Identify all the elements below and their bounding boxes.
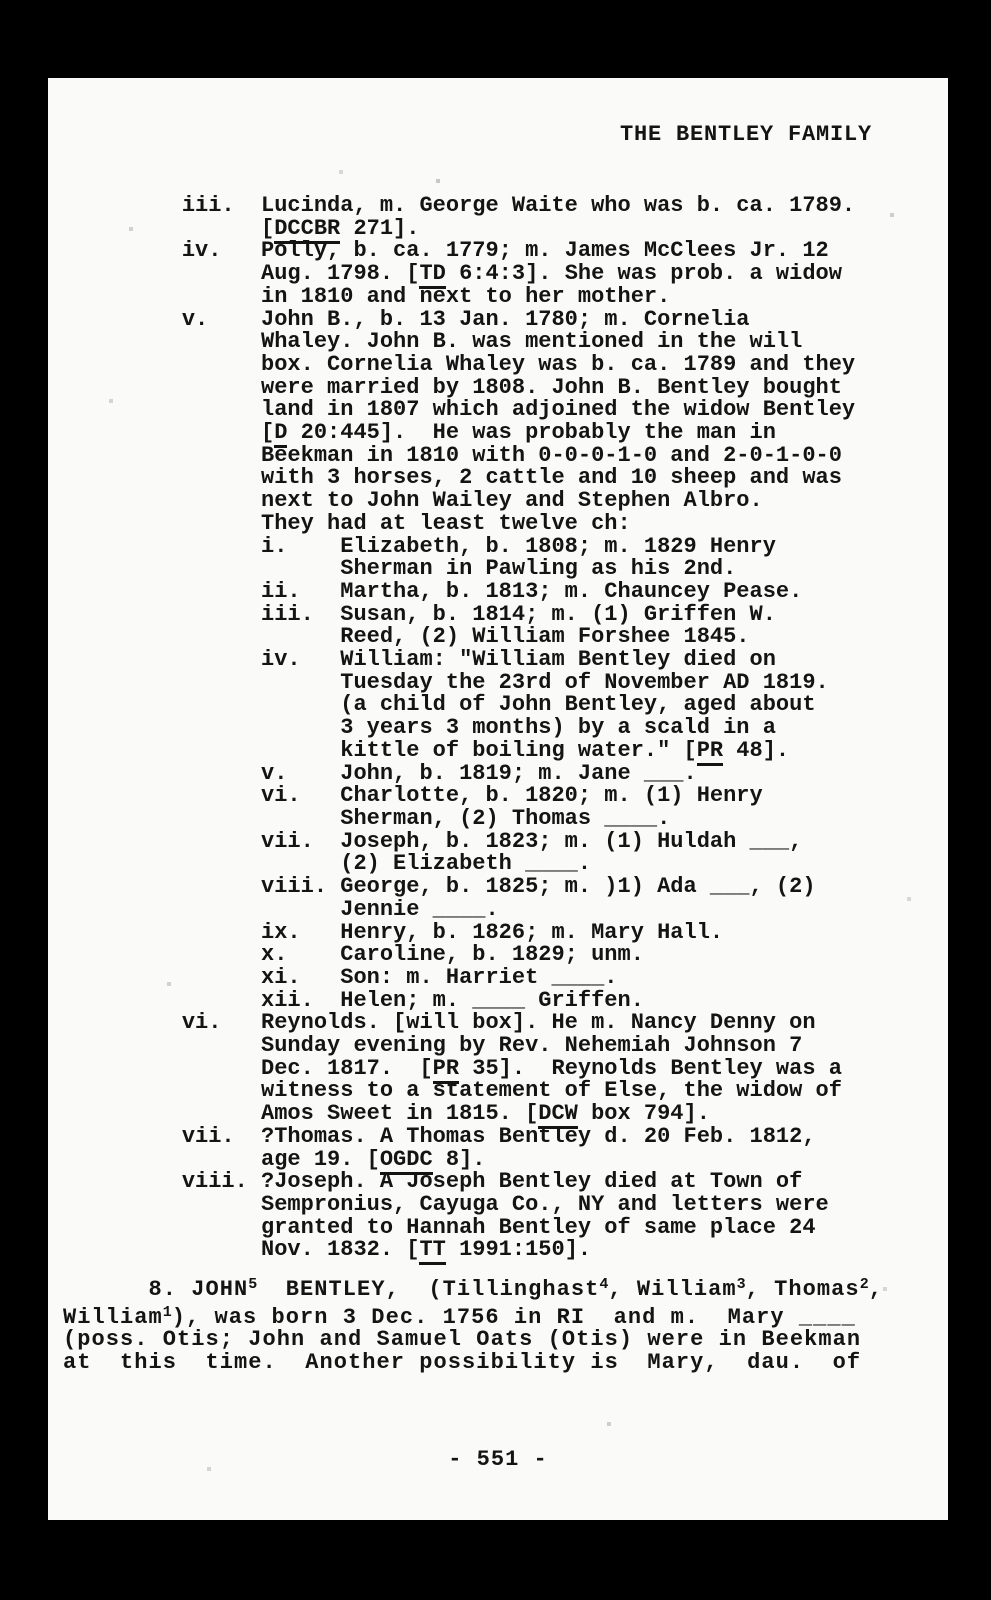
text-line: with 3 horses, 2 cattle and 10 sheep and… [63, 467, 855, 490]
text-segment: Beekman in 1810 with 0-0-0-1-0 and 2-0-1… [63, 443, 842, 468]
text-line: Sunday evening by Rev. Nehemiah Johnson … [63, 1035, 855, 1058]
text-segment: , William [608, 1277, 736, 1302]
text-segment: [ [63, 420, 274, 445]
text-segment: 6:4:3]. She was prob. a widow [446, 261, 842, 286]
text-segment: 271]. [340, 216, 419, 241]
text-line: 3 years 3 months) by a scald in a [63, 717, 855, 740]
generation-superscript: 5 [248, 1276, 257, 1293]
text-segment: ii. Martha, b. 1813; m. Chauncey Pease. [63, 579, 802, 604]
text-segment: viii. George, b. 1825; m. )1) Ada ___, (… [63, 874, 816, 899]
text-segment: granted to Hannah Bentley of same place … [63, 1215, 816, 1240]
page-header-title: THE BENTLEY FAMILY [620, 124, 872, 147]
text-line: (a child of John Bentley, aged about [63, 694, 855, 717]
text-segment: , [869, 1277, 883, 1302]
text-segment: witness to a statement of Else, the wido… [63, 1078, 842, 1103]
text-segment: xii. Helen; m. ____ Griffen. [63, 988, 644, 1013]
text-segment: kittle of boiling water." [ [63, 738, 697, 763]
text-line: Amos Sweet in 1815. [DCW box 794]. [63, 1103, 855, 1126]
text-line: were married by 1808. John B. Bentley bo… [63, 377, 855, 400]
text-line: next to John Wailey and Stephen Albro. [63, 490, 855, 513]
text-line: kittle of boiling water." [PR 48]. [63, 740, 855, 763]
generation-superscript: 1 [163, 1304, 172, 1321]
text-line: granted to Hannah Bentley of same place … [63, 1217, 855, 1240]
text-segment: 8]. [433, 1147, 486, 1172]
text-line: Sempronius, Cayuga Co., NY and letters w… [63, 1194, 855, 1217]
text-segment: (a child of John Bentley, aged about [63, 692, 816, 717]
text-line: Nov. 1832. [TT 1991:150]. [63, 1239, 855, 1262]
text-line: vi. Charlotte, b. 1820; m. (1) Henry [63, 785, 855, 808]
text-line: Sherman, (2) Thomas ____. [63, 808, 855, 831]
text-line: v. John, b. 1819; m. Jane ___. [63, 763, 855, 786]
generation-superscript: 2 [860, 1276, 869, 1293]
text-line: vii. ?Thomas. A Thomas Bentley d. 20 Feb… [63, 1126, 855, 1149]
text-line: in 1810 and next to her mother. [63, 286, 855, 309]
source-abbreviation: PR [697, 738, 723, 766]
text-segment: (poss. Otis; John and Samuel Oats (Otis)… [63, 1327, 861, 1352]
text-segment: Aug. 1798. [ [63, 261, 419, 286]
text-line: iv. Polly, b. ca. 1779; m. James McClees… [63, 240, 855, 263]
text-segment: in 1810 and next to her mother. [63, 284, 670, 309]
text-line: Jennie ____. [63, 899, 855, 922]
scan-noise [48, 78, 50, 80]
text-segment: 35]. Reynolds Bentley was a [459, 1056, 842, 1081]
text-line: They had at least twelve ch: [63, 513, 855, 536]
text-segment: 8. JOHN [63, 1277, 248, 1302]
text-segment: vii. Joseph, b. 1823; m. (1) Huldah ___, [63, 829, 802, 854]
source-abbreviation: TT [419, 1237, 445, 1265]
text-line: viii. George, b. 1825; m. )1) Ada ___, (… [63, 876, 855, 899]
text-line: viii. ?Joseph. A Joseph Bentley died at … [63, 1171, 855, 1194]
text-line: Sherman in Pawling as his 2nd. [63, 558, 855, 581]
text-segment: Reed, (2) William Forshee 1845. [63, 624, 750, 649]
text-segment: land in 1807 which adjoined the widow Be… [63, 397, 855, 422]
text-line: xii. Helen; m. ____ Griffen. [63, 990, 855, 1013]
text-segment: next to John Wailey and Stephen Albro. [63, 488, 763, 513]
text-line: Tuesday the 23rd of November AD 1819. [63, 672, 855, 695]
text-line: iv. William: "William Bentley died on [63, 649, 855, 672]
text-line: [DCCBR 271]. [63, 218, 855, 241]
text-segment: Sherman in Pawling as his 2nd. [63, 556, 736, 581]
text-segment: Jennie ____. [63, 897, 499, 922]
text-line: i. Elizabeth, b. 1808; m. 1829 Henry [63, 536, 855, 559]
text-line: vii. Joseph, b. 1823; m. (1) Huldah ___, [63, 831, 855, 854]
text-segment: box. Cornelia Whaley was b. ca. 1789 and… [63, 352, 855, 377]
text-segment: at this time. Another possibility is Mar… [63, 1350, 861, 1375]
page-number: - 551 - [48, 1449, 948, 1472]
text-line: (poss. Otis; John and Samuel Oats (Otis)… [63, 1329, 883, 1352]
text-segment: xi. Son: m. Harriet ____. [63, 965, 618, 990]
document-page: THE BENTLEY FAMILY iii. Lucinda, m. Geor… [48, 78, 948, 1520]
text-segment: ), was born 3 Dec. 1756 in RI and m. Mar… [172, 1305, 856, 1330]
text-segment: [ [63, 216, 274, 241]
text-line: box. Cornelia Whaley was b. ca. 1789 and… [63, 354, 855, 377]
text-segment: age 19. [ [63, 1147, 380, 1172]
text-segment: 20:445]. He was probably the man in [287, 420, 775, 445]
text-line: v. John B., b. 13 Jan. 1780; m. Cornelia [63, 309, 855, 332]
text-segment: were married by 1808. John B. Bentley bo… [63, 375, 842, 400]
text-line: Reed, (2) William Forshee 1845. [63, 626, 855, 649]
text-segment: BENTLEY, (Tillinghast [257, 1277, 599, 1302]
scan-background: { "page": { "header": "THE BENTLEY FAMIL… [0, 0, 991, 1600]
text-segment: iv. Polly, b. ca. 1779; m. James McClees… [63, 238, 829, 263]
text-segment: v. John, b. 1819; m. Jane ___. [63, 761, 697, 786]
text-segment: vi. Charlotte, b. 1820; m. (1) Henry [63, 783, 763, 808]
text-line: xi. Son: m. Harriet ____. [63, 967, 855, 990]
text-line: Dec. 1817. [PR 35]. Reynolds Bentley was… [63, 1058, 855, 1081]
text-segment: ix. Henry, b. 1826; m. Mary Hall. [63, 920, 723, 945]
text-segment: vi. Reynolds. [will box]. He m. Nancy De… [63, 1010, 816, 1035]
text-line: [D 20:445]. He was probably the man in [63, 422, 855, 445]
text-segment: 1991:150]. [446, 1237, 591, 1262]
text-segment: Sunday evening by Rev. Nehemiah Johnson … [63, 1033, 802, 1058]
genealogy-list: iii. Lucinda, m. George Waite who was b.… [63, 195, 855, 1262]
text-segment: , Thomas [746, 1277, 860, 1302]
text-segment: Tuesday the 23rd of November AD 1819. [63, 670, 829, 695]
text-segment: box 794]. [578, 1101, 710, 1126]
generation-superscript: 3 [737, 1276, 746, 1293]
text-line: 8. JOHN5 BENTLEY, (Tillinghast4, William… [63, 1274, 883, 1302]
text-segment: (2) Elizabeth ____. [63, 851, 591, 876]
text-line: at this time. Another possibility is Mar… [63, 1352, 883, 1375]
text-segment: iii. Susan, b. 1814; m. (1) Griffen W. [63, 602, 776, 627]
text-segment: Dec. 1817. [ [63, 1056, 433, 1081]
text-line: (2) Elizabeth ____. [63, 853, 855, 876]
text-segment: vii. ?Thomas. A Thomas Bentley d. 20 Feb… [63, 1124, 816, 1149]
text-line: ii. Martha, b. 1813; m. Chauncey Pease. [63, 581, 855, 604]
text-segment: 48]. [723, 738, 789, 763]
text-line: age 19. [OGDC 8]. [63, 1149, 855, 1172]
text-segment: They had at least twelve ch: [63, 511, 631, 536]
text-segment: Whaley. John B. was mentioned in the wil… [63, 329, 802, 354]
text-segment: 3 years 3 months) by a scald in a [63, 715, 776, 740]
text-segment: iii. Lucinda, m. George Waite who was b.… [63, 193, 855, 218]
text-segment: Nov. 1832. [ [63, 1237, 419, 1262]
text-segment: iv. William: "William Bentley died on [63, 647, 776, 672]
text-line: witness to a statement of Else, the wido… [63, 1080, 855, 1103]
text-segment: Sherman, (2) Thomas ____. [63, 806, 670, 831]
text-segment: with 3 horses, 2 cattle and 10 sheep and… [63, 465, 842, 490]
text-segment: Sempronius, Cayuga Co., NY and letters w… [63, 1192, 829, 1217]
text-segment: viii. ?Joseph. A Joseph Bentley died at … [63, 1169, 802, 1194]
text-line: x. Caroline, b. 1829; unm. [63, 944, 855, 967]
text-segment: v. John B., b. 13 Jan. 1780; m. Cornelia [63, 307, 750, 332]
text-line: William1), was born 3 Dec. 1756 in RI an… [63, 1302, 883, 1330]
text-segment: William [63, 1305, 163, 1330]
text-line: Beekman in 1810 with 0-0-0-1-0 and 2-0-1… [63, 445, 855, 468]
text-line: Whaley. John B. was mentioned in the wil… [63, 331, 855, 354]
text-segment: x. Caroline, b. 1829; unm. [63, 942, 644, 967]
text-line: Aug. 1798. [TD 6:4:3]. She was prob. a w… [63, 263, 855, 286]
text-segment: i. Elizabeth, b. 1808; m. 1829 Henry [63, 534, 776, 559]
text-line: iii. Lucinda, m. George Waite who was b.… [63, 195, 855, 218]
paragraph-john-bentley: 8. JOHN5 BENTLEY, (Tillinghast4, William… [63, 1274, 883, 1375]
text-line: iii. Susan, b. 1814; m. (1) Griffen W. [63, 604, 855, 627]
text-line: ix. Henry, b. 1826; m. Mary Hall. [63, 922, 855, 945]
text-segment: Amos Sweet in 1815. [ [63, 1101, 538, 1126]
text-line: land in 1807 which adjoined the widow Be… [63, 399, 855, 422]
text-line: vi. Reynolds. [will box]. He m. Nancy De… [63, 1012, 855, 1035]
